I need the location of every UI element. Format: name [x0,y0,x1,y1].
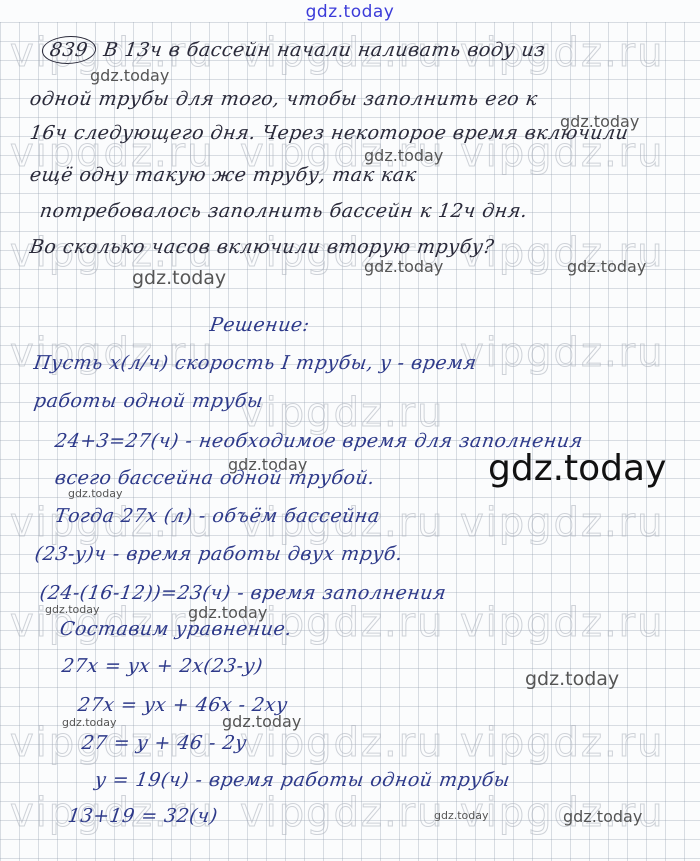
gdz-watermark: gdz.today [567,257,646,276]
gdz-watermark: gdz.today [364,257,443,276]
problem-line-1: 839В 13ч в бассейн начали наливать воду … [40,36,547,64]
solution-line: 27 = y + 46 - 2y [80,732,248,754]
gdz-watermark: gdz.today [62,716,117,729]
solution-line: 27x = yx + 2x(23-y) [60,655,264,677]
solution-line: (23-y)ч - время работы двух труб. [33,543,404,565]
gdz-watermark: gdz.today [563,807,642,826]
header-watermark: gdz.today [0,2,700,22]
solution-line: Пусть x(л/ч) скорость I трубы, y - время [32,352,478,374]
vip-watermark: vipgdz.ru [460,330,664,376]
solution-line: 13+19 = 32(ч) [66,805,219,827]
problem-line-2: одной трубы для того, чтобы заполнить ег… [28,88,539,110]
gdz-watermark: gdz.today [188,603,267,622]
vip-watermark: vipgdz.ru [240,790,444,836]
solution-line: всего бассейна одной трубой. [53,467,376,489]
vip-watermark: vipgdz.ru [460,720,664,766]
solution-line: Тогда 27x (л) - объём бассейна [53,505,381,527]
gdz-watermark: gdz.today [90,66,169,85]
gdz-watermark: gdz.today [222,712,301,731]
solution-line: (24-(16-12))=23(ч) - время заполнения [38,582,447,604]
gdz-watermark: gdz.today [364,146,443,165]
solution-heading: Решение: [208,314,311,336]
notebook-page: vipgdz.ru vipgdz.ru vipgdz.ru vipgdz.ru … [0,0,700,861]
problem-line-3: 16ч следующего дня. Через некоторое врем… [28,122,630,144]
gdz-watermark: gdz.today [434,809,489,822]
problem-text: В 13ч в бассейн начали наливать воду из [102,39,546,61]
vip-watermark: vipgdz.ru [460,500,664,546]
gdz-watermark: gdz.today [45,603,100,616]
vip-watermark: vipgdz.ru [460,600,664,646]
gdz-watermark-large: gdz.today [488,448,666,489]
problem-line-5: потребовалось заполнить бассейн к 12ч дн… [38,200,529,222]
gdz-watermark: gdz.today [560,112,639,131]
solution-line: работы одной трубы [32,390,264,412]
problem-number: 839 [40,36,98,64]
gdz-watermark: gdz.today [228,455,307,474]
problem-line-4: ещё одну такую же трубу, так как [28,164,418,186]
gdz-watermark: gdz.today [68,487,123,500]
problem-line-6: Во сколько часов включили вторую трубу? [28,236,495,258]
gdz-watermark: gdz.today [525,668,619,690]
gdz-watermark: gdz.today [132,267,226,289]
solution-line: y = 19(ч) - время работы одной трубы [93,769,511,791]
